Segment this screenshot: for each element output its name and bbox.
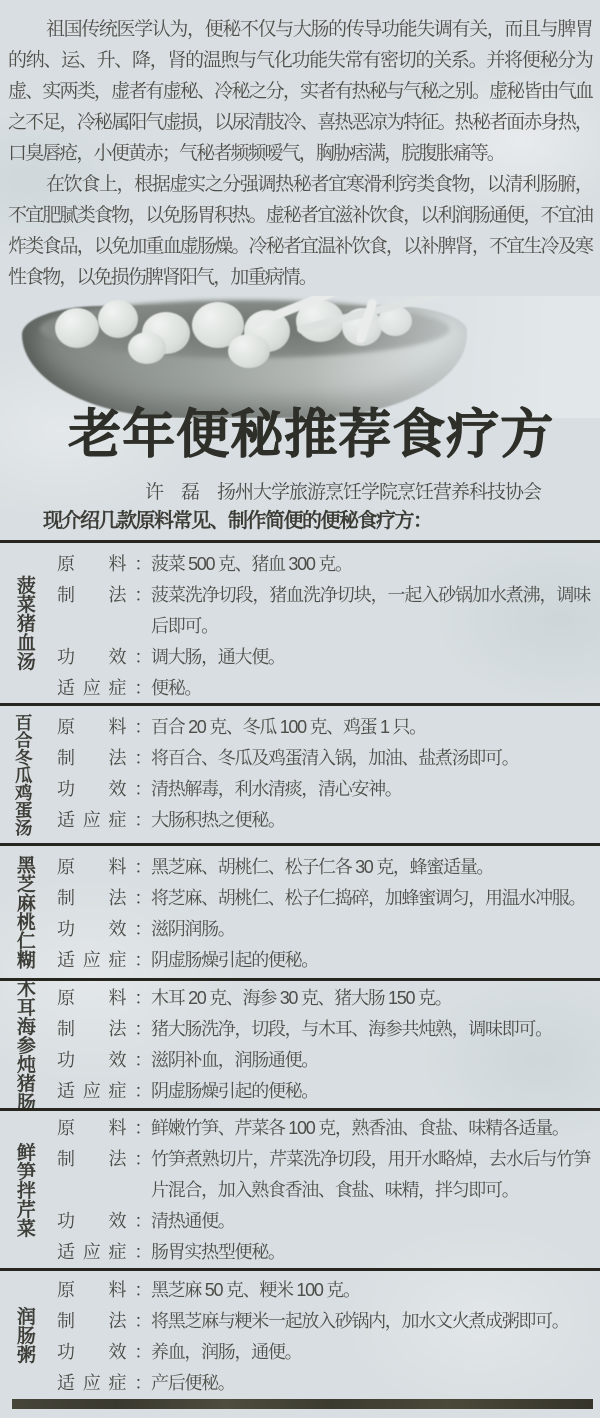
recipe-rows: 原 料：木耳 20 克、海参 30 克、猪大肠 150 克。 制 法：猪大肠洗净…	[57, 981, 590, 1107]
recipe-rows: 原 料：黑芝麻、胡桃仁、松子仁各 30 克，蜂蜜适量。 制 法：将芝麻、胡桃仁、…	[57, 846, 590, 976]
row-label: 功 效：	[57, 642, 151, 673]
row-label: 功 效：	[57, 1337, 151, 1368]
recipe-row: 原 料：百合 20 克、冬瓜 100 克、鸡蛋 1 只。	[57, 712, 590, 743]
row-label: 制 法：	[57, 743, 151, 774]
recipes-table: 菠菜猪血汤 原 料：菠菜 500 克、猪血 300 克。 制 法：菠菜洗净切段，…	[0, 540, 600, 1399]
row-value: 阴虚肠燥引起的便秘。	[151, 945, 590, 976]
recipe-rows: 原 料：鲜嫩竹笋、芹菜各 100 克，熟香油、食盐、味精各适量。 制 法：竹笋煮…	[57, 1111, 590, 1268]
row-value: 菠菜 500 克、猪血 300 克。	[151, 549, 590, 580]
recipe-section: 润肠粥 原 料：黑芝麻 50 克、粳米 100 克。 制 法：将黑芝麻与粳米一起…	[0, 1268, 600, 1399]
row-value: 将百合、冬瓜及鸡蛋清入锅，加油、盐煮汤即可。	[151, 743, 590, 774]
row-value: 黑芝麻、胡桃仁、松子仁各 30 克，蜂蜜适量。	[151, 852, 590, 883]
photo-fade	[0, 296, 600, 418]
recipe-name-vertical: 菠菜猪血汤	[13, 576, 34, 671]
row-value: 黑芝麻 50 克、粳米 100 克。	[151, 1275, 590, 1306]
row-value: 阴虚肠燥引起的便秘。	[151, 1076, 590, 1107]
row-label: 适应症：	[57, 673, 151, 703]
row-value: 养血，润肠，通便。	[151, 1337, 590, 1368]
row-label: 原 料：	[57, 549, 151, 580]
row-label: 制 法：	[57, 883, 151, 914]
recipe-row: 功 效：清热解毒，利水清痰，清心安神。	[57, 774, 590, 805]
row-label: 适应症：	[57, 1076, 151, 1107]
row-label: 适应症：	[57, 945, 151, 976]
recipe-section: 木耳海参炖猪肠 原 料：木耳 20 克、海参 30 克、猪大肠 150 克。 制…	[0, 978, 600, 1108]
recipe-row: 功 效：滋阴润肠。	[57, 914, 590, 945]
recipe-row: 适应症：阴虚肠燥引起的便秘。	[57, 945, 590, 976]
recipe-row: 制 法：将百合、冬瓜及鸡蛋清入锅，加油、盐煮汤即可。	[57, 743, 590, 774]
recipe-row: 功 效：清热通便。	[57, 1206, 590, 1237]
recipe-rows: 原 料：菠菜 500 克、猪血 300 克。 制 法：菠菜洗净切段，猪血洗净切块…	[57, 543, 590, 703]
row-label: 原 料：	[57, 1275, 151, 1306]
row-value: 百合 20 克、冬瓜 100 克、鸡蛋 1 只。	[151, 712, 590, 743]
recipe-row: 原 料：木耳 20 克、海参 30 克、猪大肠 150 克。	[57, 983, 590, 1014]
recipes-lead-in: 现介绍几款原料常见、制作简便的便秘食疗方：	[43, 504, 432, 533]
row-label: 适应症：	[57, 805, 151, 836]
recipe-rows: 原 料：黑芝麻 50 克、粳米 100 克。 制 法：将黑芝麻与粳米一起放入砂锅…	[57, 1271, 590, 1399]
row-label: 制 法：	[57, 1144, 151, 1206]
row-label: 制 法：	[57, 1306, 151, 1337]
bottom-rule	[12, 1399, 593, 1409]
recipe-name-vertical: 黑芝麻桃仁糊	[13, 855, 34, 969]
row-value: 便秘。	[151, 673, 590, 703]
row-value: 调大肠，通大便。	[151, 642, 590, 673]
food-bowl-photo	[0, 296, 600, 418]
recipe-section: 菠菜猪血汤 原 料：菠菜 500 克、猪血 300 克。 制 法：菠菜洗净切段，…	[0, 540, 600, 703]
byline: 许 磊 扬州大学旅游烹饪学院烹饪营养科技协会	[145, 477, 541, 504]
recipe-row: 制 法：菠菜洗净切段，猪血洗净切块，一起入砂锅加水煮沸，调味后即可。	[57, 580, 590, 642]
recipe-row: 适应症：便秘。	[57, 673, 590, 703]
row-label: 原 料：	[57, 852, 151, 883]
recipe-name-vertical: 鲜笋拌芹菜	[13, 1142, 34, 1237]
recipe-row: 原 料：鲜嫩竹笋、芹菜各 100 克，熟香油、食盐、味精各适量。	[57, 1113, 590, 1144]
row-label: 功 效：	[57, 914, 151, 945]
row-value: 清热解毒，利水清痰，清心安神。	[151, 774, 590, 805]
row-label: 功 效：	[57, 1045, 151, 1076]
recipe-row: 制 法：将芝麻、胡桃仁、松子仁捣碎，加蜂蜜调匀，用温水冲服。	[57, 883, 590, 914]
recipe-row: 适应症：肠胃实热型便秘。	[57, 1237, 590, 1268]
row-value: 将黑芝麻与粳米一起放入砂锅内，加水文火煮成粥即可。	[151, 1306, 590, 1337]
row-value: 木耳 20 克、海参 30 克、猪大肠 150 克。	[151, 983, 590, 1014]
recipe-row: 原 料：黑芝麻、胡桃仁、松子仁各 30 克，蜂蜜适量。	[57, 852, 590, 883]
row-value: 猪大肠洗净，切段，与木耳、海参共炖熟，调味即可。	[151, 1014, 590, 1045]
row-label: 功 效：	[57, 1206, 151, 1237]
row-label: 原 料：	[57, 712, 151, 743]
recipe-row: 制 法：竹笋煮熟切片，芹菜洗净切段，用开水略焯，去水后与竹笋片混合，加入熟食香油…	[57, 1144, 590, 1206]
row-label: 适应症：	[57, 1368, 151, 1399]
recipe-section: 百合冬瓜鸡蛋汤 原 料：百合 20 克、冬瓜 100 克、鸡蛋 1 只。 制 法…	[0, 703, 600, 843]
recipe-name-vertical: 百合冬瓜鸡蛋汤	[13, 713, 32, 836]
row-value: 将芝麻、胡桃仁、松子仁捣碎，加蜂蜜调匀，用温水冲服。	[151, 883, 590, 914]
recipe-row: 功 效：调大肠，通大便。	[57, 642, 590, 673]
recipe-row: 适应症：阴虚肠燥引起的便秘。	[57, 1076, 590, 1107]
recipe-row: 功 效：滋阴补血，润肠通便。	[57, 1045, 590, 1076]
recipe-row: 适应症：产后便秘。	[57, 1368, 590, 1399]
recipe-row: 制 法：将黑芝麻与粳米一起放入砂锅内，加水文火煮成粥即可。	[57, 1306, 590, 1337]
row-value: 产后便秘。	[151, 1368, 590, 1399]
row-label: 制 法：	[57, 580, 151, 642]
article-title: 老年便秘推荐食疗方	[0, 407, 600, 463]
row-value: 大肠积热之便秘。	[151, 805, 590, 836]
row-value: 滋阴补血，润肠通便。	[151, 1045, 590, 1076]
recipe-row: 原 料：黑芝麻 50 克、粳米 100 克。	[57, 1275, 590, 1306]
intro-paragraphs: 祖国传统医学认为，便秘不仅与大肠的传导功能失调有关，而且与脾胃的纳、运、升、降，…	[8, 14, 592, 293]
recipe-row: 制 法：猪大肠洗净，切段，与木耳、海参共炖熟，调味即可。	[57, 1014, 590, 1045]
row-value: 清热通便。	[151, 1206, 590, 1237]
scanned-article-page: 祖国传统医学认为，便秘不仅与大肠的传导功能失调有关，而且与脾胃的纳、运、升、降，…	[0, 0, 600, 1418]
row-value: 竹笋煮熟切片，芹菜洗净切段，用开水略焯，去水后与竹笋片混合，加入熟食香油、食盐、…	[151, 1144, 590, 1206]
row-value: 肠胃实热型便秘。	[151, 1237, 590, 1268]
recipe-row: 功 效：养血，润肠，通便。	[57, 1337, 590, 1368]
intro-paragraph-1: 祖国传统医学认为，便秘不仅与大肠的传导功能失调有关，而且与脾胃的纳、运、升、降，…	[8, 14, 592, 169]
row-label: 功 效：	[57, 774, 151, 805]
row-label: 原 料：	[57, 1113, 151, 1144]
row-label: 制 法：	[57, 1014, 151, 1045]
recipe-name-vertical: 木耳海参炖猪肠	[13, 978, 34, 1108]
intro-paragraph-2: 在饮食上，根据虚实之分强调热秘者宜寒滑利窍类食物，以清利肠腑，不宜肥腻类食物，以…	[8, 169, 592, 293]
recipe-section: 鲜笋拌芹菜 原 料：鲜嫩竹笋、芹菜各 100 克，熟香油、食盐、味精各适量。 制…	[0, 1108, 600, 1268]
row-label: 原 料：	[57, 983, 151, 1014]
recipe-name-vertical: 润肠粥	[13, 1307, 34, 1364]
recipe-row: 原 料：菠菜 500 克、猪血 300 克。	[57, 549, 590, 580]
recipe-rows: 原 料：百合 20 克、冬瓜 100 克、鸡蛋 1 只。 制 法：将百合、冬瓜及…	[57, 706, 590, 836]
recipe-section: 黑芝麻桃仁糊 原 料：黑芝麻、胡桃仁、松子仁各 30 克，蜂蜜适量。 制 法：将…	[0, 843, 600, 978]
row-value: 鲜嫩竹笋、芹菜各 100 克，熟香油、食盐、味精各适量。	[151, 1113, 590, 1144]
recipe-row: 适应症：大肠积热之便秘。	[57, 805, 590, 836]
row-value: 菠菜洗净切段，猪血洗净切块，一起入砂锅加水煮沸，调味后即可。	[151, 580, 590, 642]
row-label: 适应症：	[57, 1237, 151, 1268]
row-value: 滋阴润肠。	[151, 914, 590, 945]
